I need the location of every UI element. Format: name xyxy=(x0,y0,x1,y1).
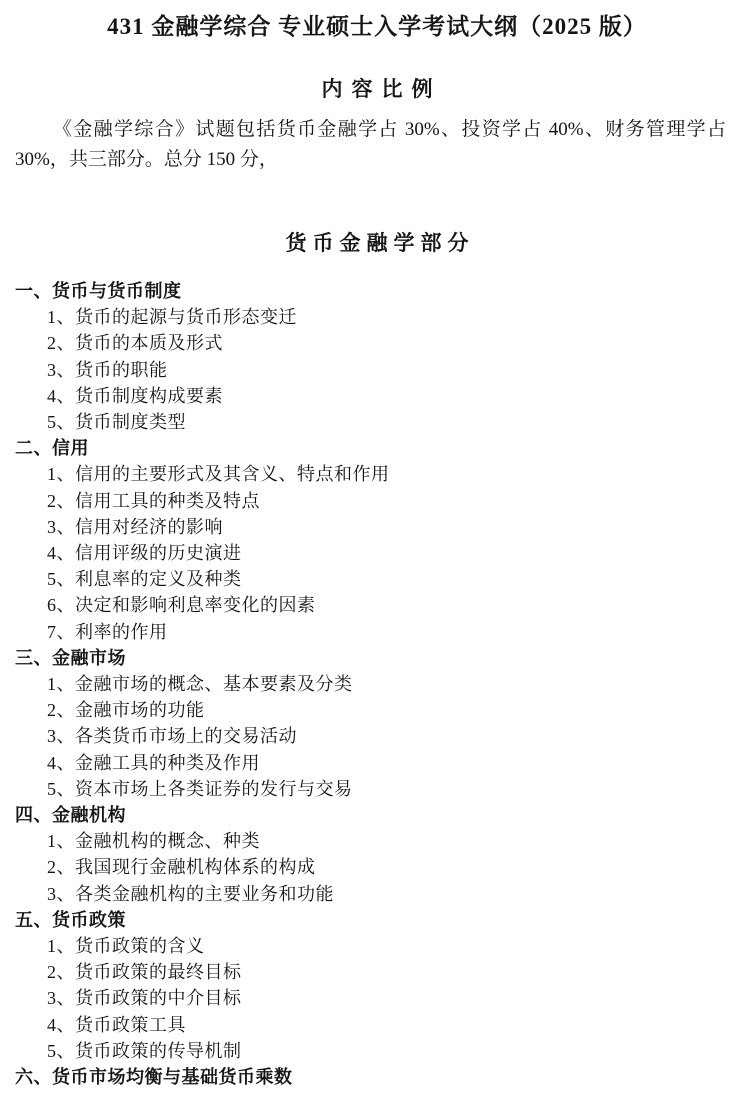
part-heading: 货币金融学部分 xyxy=(0,229,754,257)
outline-item: 4、金融工具的种类及作用 xyxy=(0,750,754,776)
outline-item: 2、金融市场的功能 xyxy=(0,697,754,723)
outline-item: 3、信用对经济的影响 xyxy=(0,514,754,540)
outline-item: 2、货币的本质及形式 xyxy=(0,330,754,356)
outline-item: 6、决定和影响利息率变化的因素 xyxy=(0,592,754,618)
outline-item: 4、信用评级的历史演进 xyxy=(0,540,754,566)
outline-item: 1、货币政策的含义 xyxy=(0,933,754,959)
outline-item: 3、货币的职能 xyxy=(0,357,754,383)
syllabus-outline: 一、货币与货币制度 1、货币的起源与货币形态变迁 2、货币的本质及形式 3、货币… xyxy=(0,278,754,1090)
page-title: 431 金融学综合 专业硕士入学考试大纲（2025 版） xyxy=(0,0,754,42)
outline-item: 2、信用工具的种类及特点 xyxy=(0,488,754,514)
outline-section-title: 一、货币与货币制度 xyxy=(0,278,754,304)
outline-section-title: 五、货币政策 xyxy=(0,907,754,933)
outline-item: 4、货币制度构成要素 xyxy=(0,383,754,409)
outline-section-title: 六、货币市场均衡与基础货币乘数 xyxy=(0,1064,754,1090)
outline-item: 5、货币制度类型 xyxy=(0,409,754,435)
outline-section-title: 四、金融机构 xyxy=(0,802,754,828)
outline-item: 5、利息率的定义及种类 xyxy=(0,566,754,592)
outline-item: 1、货币的起源与货币形态变迁 xyxy=(0,304,754,330)
outline-item: 3、各类金融机构的主要业务和功能 xyxy=(0,881,754,907)
outline-item: 3、货币政策的中介目标 xyxy=(0,985,754,1011)
outline-item: 4、货币政策工具 xyxy=(0,1012,754,1038)
outline-item: 1、金融市场的概念、基本要素及分类 xyxy=(0,671,754,697)
outline-item: 1、金融机构的概念、种类 xyxy=(0,828,754,854)
outline-item: 5、货币政策的传导机制 xyxy=(0,1038,754,1064)
outline-item: 2、货币政策的最终目标 xyxy=(0,959,754,985)
outline-section-title: 二、信用 xyxy=(0,435,754,461)
outline-item: 7、利率的作用 xyxy=(0,619,754,645)
outline-item: 2、我国现行金融机构体系的构成 xyxy=(0,854,754,880)
outline-item: 3、各类货币市场上的交易活动 xyxy=(0,723,754,749)
outline-section-title: 三、金融市场 xyxy=(0,645,754,671)
document-page: 431 金融学综合 专业硕士入学考试大纲（2025 版） 内容比例 《金融学综合… xyxy=(0,0,754,1099)
outline-item: 5、资本市场上各类证券的发行与交易 xyxy=(0,776,754,802)
content-ratio-heading: 内容比例 xyxy=(0,75,754,103)
intro-paragraph: 《金融学综合》试题包括货币金融学占 30%、投资学占 40%、财务管理学占 30… xyxy=(15,115,726,175)
outline-item: 1、信用的主要形式及其含义、特点和作用 xyxy=(0,461,754,487)
